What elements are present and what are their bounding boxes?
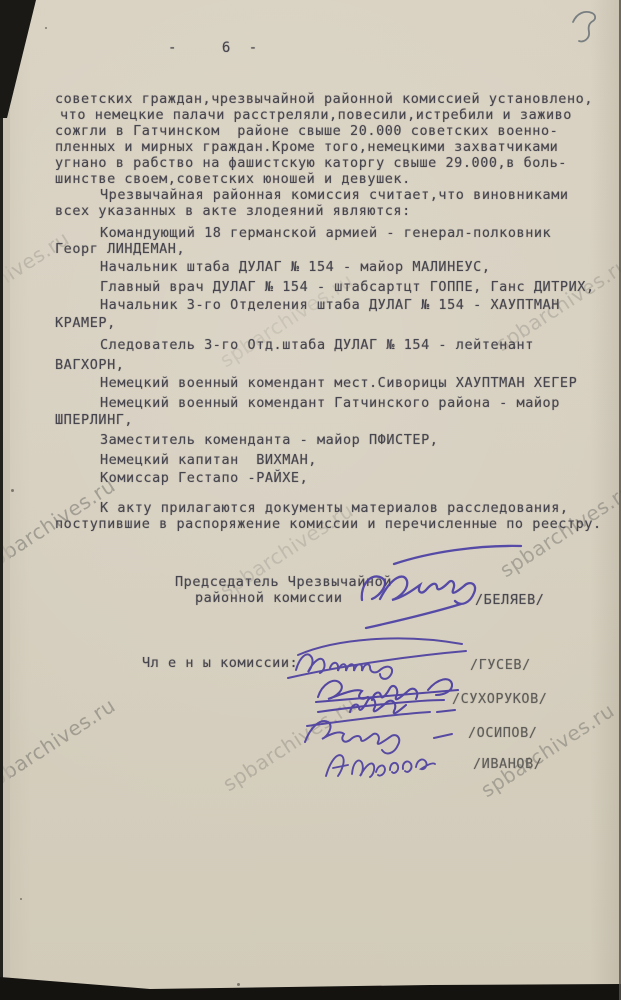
handwritten-page-number	[573, 12, 595, 42]
chairman-title-line1: Председатель Чрезвычайной	[175, 574, 392, 590]
member-typed-name-ivanov: /ИВАНОВ/	[473, 756, 542, 772]
typed-line: Командующий 18 германской армией - генер…	[55, 225, 617, 241]
page-number: - 6 -	[168, 40, 258, 56]
typed-line: Георг ЛИНДЕМАН,	[55, 241, 617, 257]
document-page: spbarchives.ru spbarchives.ru spbarchive…	[0, 0, 621, 1000]
paper-speck	[45, 27, 47, 29]
document-body: советских граждан,чрезвычайной районной …	[55, 91, 617, 532]
signature-sukhorukov	[316, 679, 458, 713]
signature-gusev	[288, 638, 466, 678]
typed-line: угнано в рабство на фашистскую каторгу с…	[55, 155, 617, 171]
typed-line: советских граждан,чрезвычайной районной …	[55, 91, 617, 107]
typed-line: Немецкий военный комендант мест.Сиворицы…	[55, 375, 617, 391]
typed-line: всех указанных в акте злодеяний являются…	[55, 203, 617, 219]
typed-line: что немецкие палачи расстреляли,повесили…	[55, 107, 617, 123]
typed-line: шинстве своем,советских юношей и девушек…	[55, 171, 617, 187]
typed-line: ВАГХОРН,	[55, 357, 617, 373]
paper-speck	[20, 898, 22, 900]
signature-osipov	[305, 712, 452, 753]
watermark-spbarchives: spbarchives.ru	[218, 692, 360, 796]
paper-speck	[11, 489, 14, 492]
typed-line: Немецкий капитан ВИХМАН,	[55, 452, 617, 468]
typed-line: КРАМЕР,	[55, 315, 617, 331]
member-typed-name-osipov: /ОСИПОВ/	[468, 725, 537, 741]
member-typed-name-gusev: /ГУСЕВ/	[470, 657, 531, 673]
typed-line: Начальник штаба ДУЛАГ № 154 - майор МАЛИ…	[55, 259, 617, 275]
signature-ivanov	[326, 755, 435, 777]
typed-line: Следователь 3-го Отд.штаба ДУЛАГ № 154 -…	[55, 337, 617, 353]
typed-line: Немецкий военный комендант Гатчинского р…	[55, 395, 617, 411]
typed-line: К акту прилагаются документы материалов …	[55, 500, 617, 516]
typed-line: Комиссар Гестапо -РАЙХЕ,	[55, 470, 617, 486]
typed-line: Начальник 3-го Отделения штаба ДУЛАГ № 1…	[55, 297, 617, 313]
watermark-spbarchives: spbarchives.ru	[476, 698, 618, 802]
typed-line: сожгли в Гатчинском районе свыше 20.000 …	[55, 123, 617, 139]
typed-line: пленных и мирных граждан.Кроме того,неме…	[55, 139, 617, 155]
paper-speck	[237, 983, 240, 986]
chairman-title-line2: районной комиссии	[195, 590, 343, 606]
members-label: Чл е н ы комиссии:	[142, 655, 298, 671]
scan-edge-left-shade	[3, 110, 10, 986]
typed-line: ШПЕРЛИНГ,	[55, 412, 617, 428]
watermark-spbarchives: spbarchives.ru	[0, 693, 120, 797]
member-typed-name-sukhorukov: /СУХОРУКОВ/	[452, 691, 547, 707]
typed-line: Чрезвычайная районная комиссия считает,ч…	[55, 187, 617, 203]
chairman-typed-name: /БЕЛЯЕВ/	[475, 592, 544, 608]
typed-line: Заместитель коменданта - майор ПФИСТЕР,	[55, 432, 617, 448]
scan-edge-left	[0, 0, 3, 1000]
typed-line: Главный врач ДУЛАГ № 154 - штабсартцт ГО…	[55, 279, 617, 295]
typed-line: поступившие в распоряжение комиссии и пе…	[55, 516, 617, 532]
